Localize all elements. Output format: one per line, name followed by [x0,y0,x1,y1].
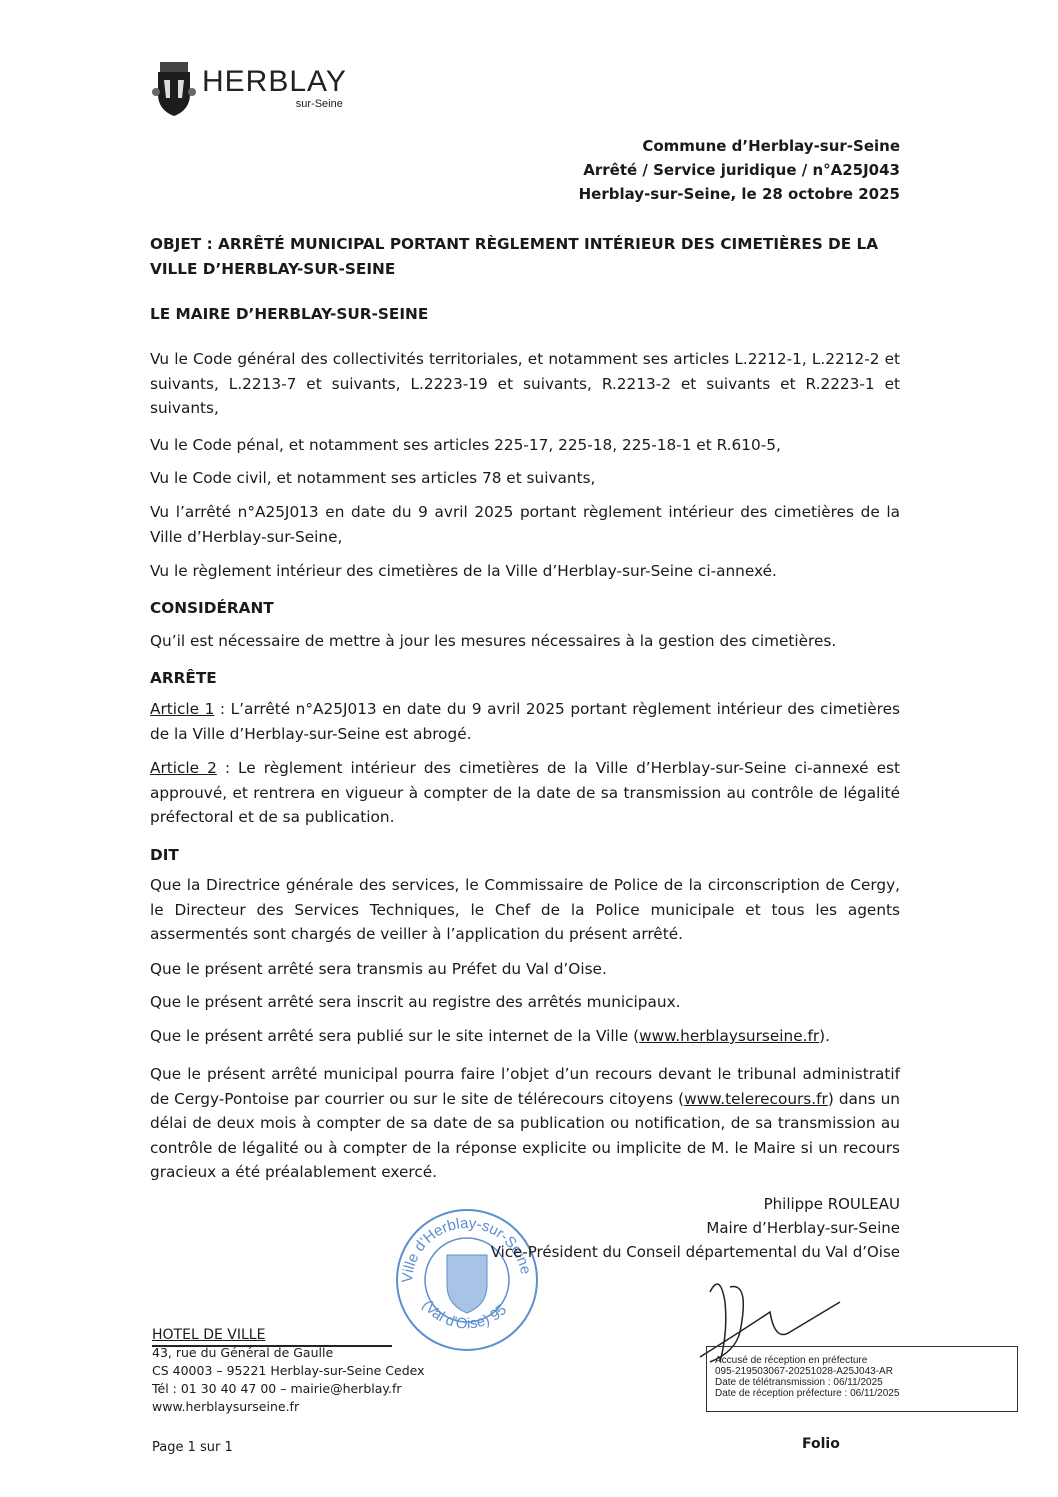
dit-p4-text: Que le présent arrêté sera publié sur le… [150,1027,639,1045]
maire-heading: LE MAIRE D’HERBLAY-SUR-SEINE [150,302,900,327]
prefecture-receipt-box: Accusé de réception en préfecture 095-21… [706,1346,1018,1412]
footer-address-1: 43, rue du Général de Gaulle [152,1344,425,1362]
vu-4: Vu l’arrêté n°A25J013 en date du 9 avril… [150,500,900,549]
dit-p1: Que la Directrice générale des services,… [150,873,900,947]
dit-heading: DIT [150,843,900,868]
logo-name: HERBLAY [202,67,347,97]
dit-p4: Que le présent arrêté sera publié sur le… [150,1024,900,1049]
commune-name: Commune d’Herblay-sur-Seine [579,134,900,158]
place-date: Herblay-sur-Seine, le 28 octobre 2025 [579,182,900,206]
vu-5: Vu le règlement intérieur des cimetières… [150,559,900,584]
document-page: HERBLAY sur-Seine Commune d’Herblay-sur-… [0,0,1058,1497]
signatory-block: Philippe ROULEAU Maire d’Herblay-sur-Sei… [491,1192,900,1264]
crest-icon [152,58,196,118]
article-2: Article 2 : Le règlement intérieur des c… [150,756,900,830]
considerant-heading: CONSIDÉRANT [150,596,900,621]
herblay-logo: HERBLAY sur-Seine [152,58,347,118]
signatory-title-1: Maire d’Herblay-sur-Seine [491,1216,900,1240]
receipt-line-1: Accusé de réception en préfecture [715,1355,1017,1366]
article-2-text: : Le règlement intérieur des cimetières … [150,759,900,826]
website-link[interactable]: www.herblaysurseine.fr [639,1027,819,1045]
footer-heading: HOTEL DE VILLE [152,1326,425,1344]
considerant-text: Qu’il est nécessaire de mettre à jour le… [150,629,900,654]
footer-address: HOTEL DE VILLE 43, rue du Général de Gau… [152,1326,425,1416]
article-1: Article 1 : L’arrêté n°A25J013 en date d… [150,697,900,746]
vu-2: Vu le Code pénal, et notamment ses artic… [150,433,900,458]
document-header: Commune d’Herblay-sur-Seine Arrêté / Ser… [579,134,900,206]
receipt-line-3: Date de télétransmission : 06/11/2025 [715,1377,1017,1388]
dit-p4-end: ). [819,1027,830,1045]
article-1-text: : L’arrêté n°A25J013 en date du 9 avril … [150,700,900,743]
dit-p3: Que le présent arrêté sera inscrit au re… [150,990,900,1015]
signatory-title-2: Vice-Président du Conseil départemental … [491,1240,900,1264]
logo-sub: sur-Seine [202,98,343,110]
telerecours-link[interactable]: www.telerecours.fr [684,1090,828,1108]
arrete-reference: Arrêté / Service juridique / n°A25J043 [579,158,900,182]
dit-p5: Que le présent arrêté municipal pourra f… [150,1062,900,1185]
receipt-line-4: Date de réception préfecture : 06/11/202… [715,1388,1017,1399]
footer-contact: Tél : 01 30 40 47 00 – mairie@herblay.fr [152,1380,425,1398]
folio-label: Folio [802,1436,840,1452]
object-heading: OBJET : ARRÊTÉ MUNICIPAL PORTANT RÈGLEME… [150,232,900,281]
dit-p2: Que le présent arrêté sera transmis au P… [150,957,900,982]
vu-3: Vu le Code civil, et notamment ses artic… [150,466,900,491]
article-2-label: Article 2 [150,759,217,777]
signatory-name: Philippe ROULEAU [491,1192,900,1216]
page-number: Page 1 sur 1 [152,1440,233,1455]
footer-address-2: CS 40003 – 95221 Herblay-sur-Seine Cedex [152,1362,425,1380]
arrete-heading: ARRÊTE [150,666,900,691]
article-1-label: Article 1 [150,700,214,718]
receipt-line-2: 095-219503067-20251028-A25J043-AR [715,1366,1017,1377]
vu-1: Vu le Code général des collectivités ter… [150,347,900,421]
footer-website[interactable]: www.herblaysurseine.fr [152,1398,425,1416]
